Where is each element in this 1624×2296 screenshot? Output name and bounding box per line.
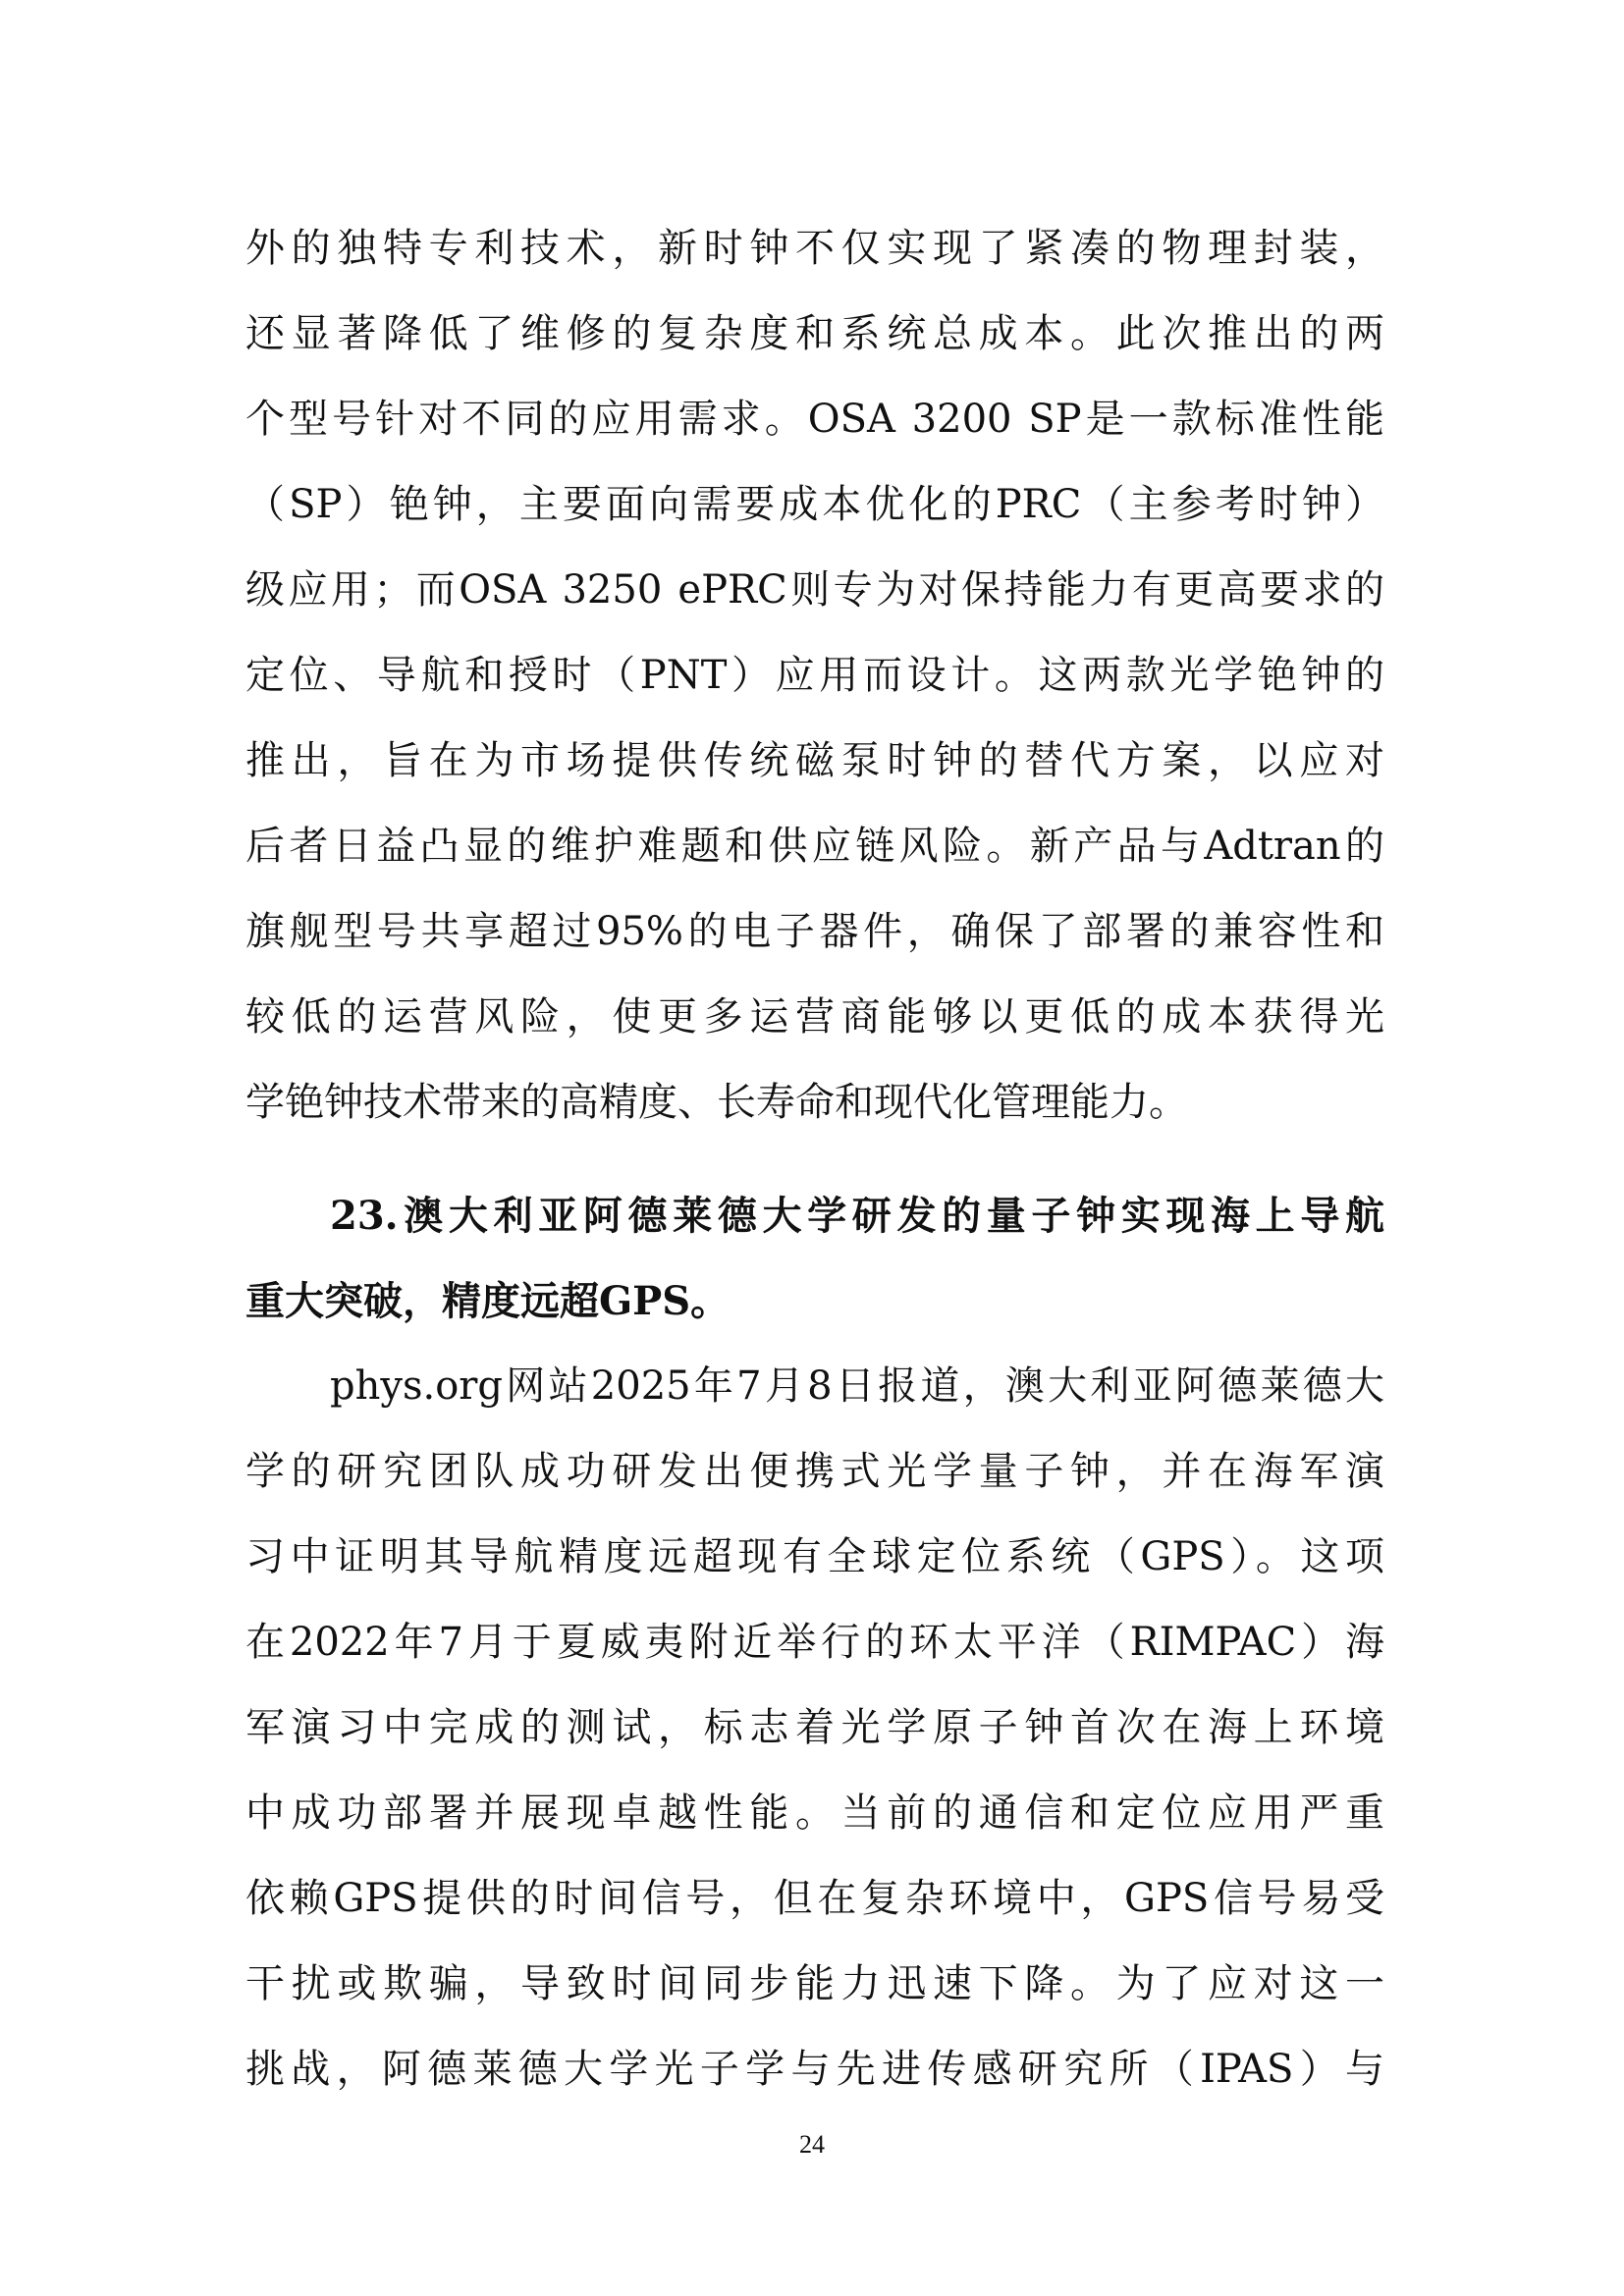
text-line: 干扰或欺骗，导致时间同步能力迅速下降。为了应对这一 — [245, 1942, 1384, 2027]
text-line: 依赖GPS提供的时间信号，但在复杂环境中，GPS信号易受 — [245, 1856, 1384, 1942]
text-line: 在2022年7月于夏威夷附近举行的环太平洋（RIMPAC）海 — [245, 1600, 1384, 1685]
text-line: （SP）铯钟，主要面向需要成本优化的PRC（主参考时钟） — [245, 462, 1384, 548]
text-line: 外的独特专利技术，新时钟不仅实现了紧凑的物理封装， — [245, 206, 1384, 292]
text-line: 级应用；而OSA 3250 ePRC则专为对保持能力有更高要求的 — [245, 548, 1384, 633]
text-line: 后者日益凸显的维护难题和供应链风险。新产品与Adtran的 — [245, 804, 1384, 889]
text-line: 定位、导航和授时（PNT）应用而设计。这两款光学铯钟的 — [245, 633, 1384, 719]
text-line: 学的研究团队成功研发出便携式光学量子钟，并在海军演 — [245, 1429, 1384, 1515]
heading-line: 23.澳大利亚阿德莱德大学研发的量子钟实现海上导航 — [245, 1173, 1384, 1258]
text-line: 学铯钟技术带来的高精度、长寿命和现代化管理能力。 — [245, 1060, 1384, 1146]
text-line: 习中证明其导航精度远超现有全球定位系统（GPS）。这项 — [245, 1515, 1384, 1600]
paragraph-body: phys.org网站2025年7月8日报道，澳大利亚阿德莱德大 学的研究团队成功… — [245, 1344, 1384, 2112]
paragraph-spacing — [245, 1146, 1384, 1173]
paragraph-continued: 外的独特专利技术，新时钟不仅实现了紧凑的物理封装， 还显著降低了维修的复杂度和系… — [245, 206, 1384, 1146]
text-line: 旗舰型号共享超过95%的电子器件，确保了部署的兼容性和 — [245, 889, 1384, 975]
text-line: 推出，旨在为市场提供传统磁泵时钟的替代方案，以应对 — [245, 719, 1384, 804]
heading-line: 重大突破，精度远超GPS。 — [245, 1258, 1384, 1344]
section-heading: 23.澳大利亚阿德莱德大学研发的量子钟实现海上导航 重大突破，精度远超GPS。 — [245, 1173, 1384, 1344]
text-line: 个型号针对不同的应用需求。OSA 3200 SP是一款标准性能 — [245, 377, 1384, 462]
page-number: 24 — [0, 2130, 1624, 2160]
document-page: 外的独特专利技术，新时钟不仅实现了紧凑的物理封装， 还显著降低了维修的复杂度和系… — [245, 206, 1384, 2112]
text-line: 挑战，阿德莱德大学光子学与先进传感研究所（IPAS）与 — [245, 2027, 1384, 2112]
text-line: phys.org网站2025年7月8日报道，澳大利亚阿德莱德大 — [245, 1344, 1384, 1429]
text-line: 中成功部署并展现卓越性能。当前的通信和定位应用严重 — [245, 1771, 1384, 1856]
text-line: 还显著降低了维修的复杂度和系统总成本。此次推出的两 — [245, 292, 1384, 377]
text-line: 军演习中完成的测试，标志着光学原子钟首次在海上环境 — [245, 1685, 1384, 1771]
text-line: 较低的运营风险，使更多运营商能够以更低的成本获得光 — [245, 975, 1384, 1060]
